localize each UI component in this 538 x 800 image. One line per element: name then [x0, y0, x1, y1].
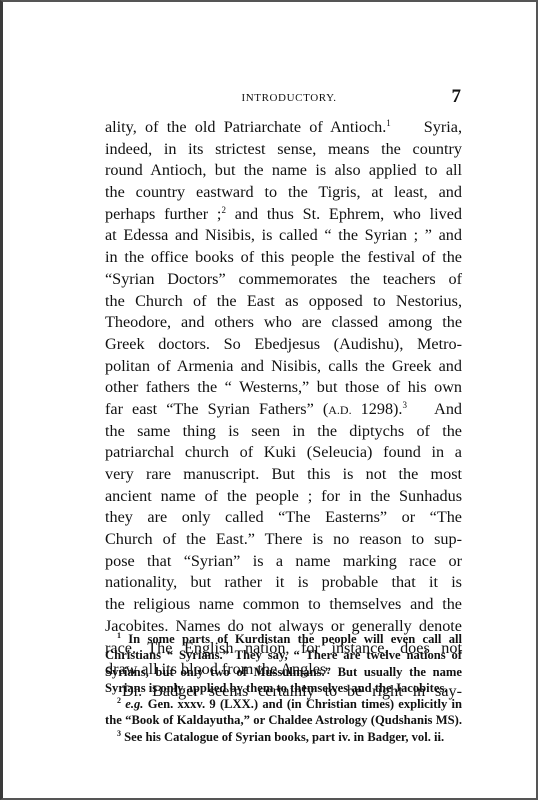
body-line: round Antioch, but the name is also appl… — [105, 160, 462, 182]
running-title: INTRODUCTORY. — [105, 92, 461, 104]
footnotes: 1 In some parts of Kurdistan the people … — [105, 631, 462, 745]
footnote-line: the “Book of Kaldayutha,” or Chaldee Ast… — [105, 712, 462, 728]
body-line: the Church of the East as opposed to Nes… — [105, 291, 462, 313]
body-line: other fathers the “ Westerns,” but those… — [105, 377, 462, 399]
body-line: at Edessa and Nisibis, is called “ the S… — [105, 225, 462, 247]
footnote-line: Syrians is only applied by them to thems… — [105, 680, 462, 696]
running-head: INTRODUCTORY. 7 — [105, 88, 461, 108]
body-line: ality, of the old Patriarchate of Antioc… — [105, 117, 462, 139]
footnote-mark-2: 2 — [117, 696, 121, 705]
body-line: ancient name of the people ; for in the … — [105, 486, 462, 508]
body-line: politan of Armenia and Nisibis, calls th… — [105, 356, 462, 378]
footnote-ref-2[interactable]: 2 — [221, 205, 226, 215]
footnote-mark-1: 1 — [117, 631, 121, 640]
footnote-1: 1 In some parts of Kurdistan the people … — [105, 631, 462, 647]
body-line: nationality, but rather it is probable t… — [105, 572, 462, 594]
footnote-line: Syrians, but only two of Mussulmans.” Bu… — [105, 664, 462, 680]
body-line: in the office books of this people the f… — [105, 247, 462, 269]
footnote-mark-3: 3 — [117, 729, 121, 738]
body-line: pose that “Syrian” is a name marking rac… — [105, 551, 462, 573]
body-line: “Syrian Doctors” commemorates the teache… — [105, 269, 462, 291]
body-text: ality, of the old Patriarchate of Antioc… — [105, 117, 462, 703]
body-line: Theodore, and others who are classed amo… — [105, 312, 462, 334]
body-line: Greek doctors. So Ebedjesus (Audishu), M… — [105, 334, 462, 356]
body-line: indeed, in its strictest sense, means th… — [105, 139, 462, 161]
body-line: the country eastward to the Tigris, at l… — [105, 182, 462, 204]
body-line: Church of the East.” There is no reason … — [105, 529, 462, 551]
book-page: INTRODUCTORY. 7 ality, of the old Patria… — [0, 0, 538, 800]
footnote-2: 2 e.g. Gen. xxxv. 9 (LXX.) and (in Chris… — [105, 696, 462, 712]
page-number: 7 — [452, 86, 462, 108]
body-line: patriarchal church of Kuki (Seleucia) fo… — [105, 442, 462, 464]
footnote-ref-3[interactable]: 3 — [402, 400, 407, 410]
body-line: very rare manuscript. But this is not th… — [105, 464, 462, 486]
body-line: perhaps further ;2 and thus St. Ephrem, … — [105, 204, 462, 226]
footnote-3: 3 See his Catalogue of Syrian books, par… — [105, 729, 462, 745]
body-line: they are only called “The Easterns” or “… — [105, 507, 462, 529]
body-line: far east “The Syrian Fathers” (A.D. 1298… — [105, 399, 462, 421]
body-line: the same thing is seen in the diptychs o… — [105, 421, 462, 443]
footnote-line: Christians “ Syrians.” They say, “ There… — [105, 647, 462, 663]
footnote-ref-1[interactable]: 1 — [386, 118, 391, 128]
body-line: the religious name common to themselves … — [105, 594, 462, 616]
